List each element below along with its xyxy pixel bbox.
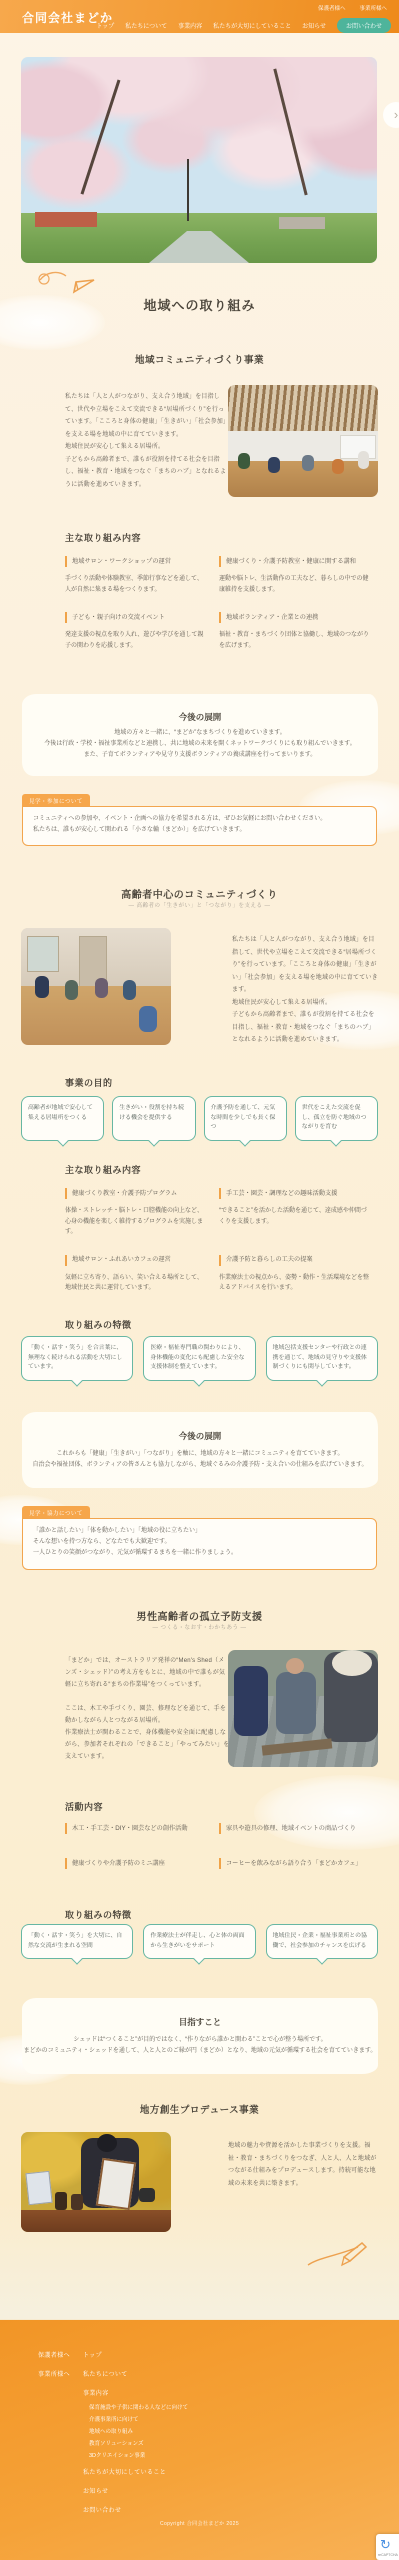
footer-link-businesses[interactable]: 事業所様へ: [38, 2369, 70, 2378]
activities-heading: 活動内容: [65, 1800, 103, 1813]
initiative-title: 子ども・親子向けの交流イベント: [65, 612, 205, 623]
activity-title: 家具や遊具の修理、地域イベントの商品づくり: [219, 1823, 371, 1834]
future-outlook-body: 地域の方々と一緒に、“まどか”なまちづくりを進めていきます。 今後は行政・学校・…: [22, 728, 378, 761]
senior-paragraph: 私たちは「人と人がつながり、支え合う地域」を目指して、世代や立場をこえて交流でき…: [232, 934, 378, 1047]
nav-top[interactable]: トップ: [96, 21, 114, 30]
photo-layer-person: [238, 453, 250, 469]
page: 合同会社まどか 保護者様へ 事業所様へ トップ 私たちについて 事業内容 私たち…: [0, 0, 399, 2560]
initiative-title: 地域ボランティア・企業との連携: [219, 612, 371, 623]
initiative-item: 手工芸・園芸・調理などの趣味活動支援 “できること”を活かした活動を通じて、達成…: [219, 1188, 371, 1238]
header-nav: トップ 私たちについて 事業内容 私たちが大切にしていること お知らせ お問い合…: [96, 18, 391, 33]
footer-link-news[interactable]: お知らせ: [83, 2486, 188, 2495]
senior-section-title: 高齢者中心のコミュニティづくり: [0, 886, 399, 901]
initiative-desc: 体操・ストレッチ・脳トレ・口腔機能の向上など、心身の機能を楽しく維持するプログラ…: [65, 1206, 205, 1238]
regional-photo-coffee-stand: [21, 2132, 171, 2232]
photo-layer-person: [332, 459, 344, 474]
initiative-item: 健康づくり・介護予防教室・健康に関する講和 運動や脳トレ、生活動作の工夫など、暮…: [219, 556, 371, 595]
initiative-item: 健康づくり教室・介護予防プログラム 体操・ストレッチ・脳トレ・口腔機能の向上など…: [65, 1188, 205, 1238]
feature-bubble: 「動く・話す・笑う」を大切に、自然な交流が生まれる空間: [21, 1924, 133, 1959]
initiative-item: 子ども・親子向けの交流イベント 発達支援の視点を取り入れ、遊びや学びを通して親子…: [65, 612, 205, 651]
photo-layer-person: [35, 976, 49, 998]
future-outlook-body: これからも「健康」「生きがい」「つながり」を軸に、地域の方々と一緒にコミュニティ…: [22, 1449, 378, 1471]
footer-sublink-education[interactable]: 教育ソリューションズ: [89, 2439, 188, 2447]
photo-layer-person: [95, 978, 108, 998]
feature-bubble: 地域包括支援センターや行政との連携を通じて、地域の見守りや支援体制づくりにも関与…: [266, 1336, 378, 1381]
initiatives2-heading: 主な取り組み内容: [65, 1163, 141, 1176]
features2-heading: 取り組みの特徴: [65, 1908, 132, 1921]
footer-link-services[interactable]: 事業内容: [83, 2388, 188, 2397]
activity-title: 健康づくりや介護予防のミニ講座: [65, 1858, 205, 1869]
initiative-title: 地域サロン・ふれあいカフェの運営: [65, 1255, 205, 1266]
link-businesses[interactable]: 事業所様へ: [359, 4, 387, 12]
initiative-desc: 運動や脳トレ、生活動作の工夫など、暮らしの中での健康維持を支援します。: [219, 574, 371, 595]
features1-heading: 取り組みの特徴: [65, 1318, 132, 1331]
footer-link-guardians[interactable]: 保護者様へ: [38, 2350, 70, 2359]
footer-link-values[interactable]: 私たちが大切にしていること: [83, 2467, 188, 2476]
recaptcha-icon: ↻: [380, 2537, 391, 2553]
photo-layer-head: [332, 1650, 372, 1676]
photo-layer-person: [139, 1006, 157, 1032]
nav-news[interactable]: お知らせ: [302, 21, 326, 30]
feature-bubble: 地域住民・企業・福祉事業所との協働で、社会参加のチャンスを広げる: [266, 1924, 378, 1959]
photo-layer-person: [123, 980, 136, 1000]
hero-photo-cherry-blossoms: [21, 57, 377, 263]
activity-title: 木工・手工芸・DIY・園芸などの創作活動: [65, 1823, 205, 1834]
initiative-desc: “できること”を活かした活動を通じて、達成感や仲間づくりを支援します。: [219, 1206, 371, 1227]
header-audience-links: 保護者様へ 事業所様へ: [318, 4, 387, 12]
footer-sublink-childcare[interactable]: 保育施設や子供に関わる人などに向けて: [89, 2403, 188, 2411]
regional-section-title: 地方創生プロデュース事業: [0, 2102, 399, 2116]
initiative-desc: 福祉・教育・まちづくり団体と協働し、地域のつながりを広げます。: [219, 630, 371, 651]
goal-body: シェッドは“つくること”が目的ではなく、“作りながら誰かと関わる”ことで心が整う…: [22, 2035, 378, 2057]
initiative-item: 地域サロン・ワークショップの運営 手づくり活動や体験教室、季節行事などを通して、…: [65, 556, 205, 595]
initiative-desc: 作業療法士の視点から、姿勢・動作・生活環境などを整えるアドバイスを行います。: [219, 1273, 371, 1294]
copyright: Copyright 合同会社まどか 2025: [0, 2520, 399, 2527]
initiative-item: 地域サロン・ふれあいカフェの運営 気軽に立ち寄り、語らい、笑い合える場所として、…: [65, 1255, 205, 1294]
purpose-bubble: 世代をこえた交流を促し、孤立を防ぐ地域のつながりを育む: [295, 1096, 378, 1141]
initiative-title: 介護予防と暮らしの工夫の提案: [219, 1255, 371, 1266]
photo-layer-person: [302, 455, 314, 471]
photo-layer-person: [65, 980, 78, 1000]
regional-paragraph: 地域の魅力や資源を活かした事業づくりを支援。福祉・教育・まちづくりをつなぎ、人と…: [228, 2140, 378, 2190]
feature-bubble: 「動く・話す・笑う」を合言葉に、無理なく続けられる活動を大切にしています。: [21, 1336, 133, 1381]
photo-layer-kettle: [139, 2188, 155, 2202]
callout-body: 「誰かと話したい」「体を動かしたい」「地域の役に立ちたい」 そんな想いを持つ方な…: [33, 1526, 237, 1559]
community-photo-classroom: [228, 385, 378, 497]
purpose-bubble: 生きがい・役割を持ち続ける機会を提供する: [112, 1096, 195, 1141]
chevron-right-icon: ›: [394, 107, 398, 122]
senior-photo-exercise: [21, 928, 171, 1045]
photo-layer-menu-board: [96, 2158, 136, 2210]
footer-sublink-3d[interactable]: 3Dクリエイション事業: [89, 2451, 188, 2459]
initiative-title: 地域サロン・ワークショップの運営: [65, 556, 205, 567]
footer-audience-links: 保護者様へ 事業所様へ: [38, 2350, 70, 2388]
footer-link-about[interactable]: 私たちについて: [83, 2369, 188, 2378]
page-title: 地域への取り組み: [0, 295, 399, 314]
nav-about[interactable]: 私たちについて: [125, 21, 167, 30]
purpose-bubble: 高齢者が地域で安心して集える居場所をつくる: [21, 1096, 104, 1141]
photo-layer-board: [25, 2171, 52, 2205]
photo-layer-table: [21, 2210, 171, 2232]
future-outlook-heading: 今後の展開: [22, 1430, 378, 1442]
carousel-next-button[interactable]: ›: [383, 102, 399, 128]
footer-nav: トップ 私たちについて 事業内容 保育施設や子供に関わる人などに向けて 介護事業…: [83, 2350, 188, 2524]
photo-layer-person: [234, 1666, 268, 1736]
goal-heading: 目指すこと: [22, 2016, 378, 2028]
initiative-title: 健康づくり・介護予防教室・健康に関する講和: [219, 556, 371, 567]
footer: 保護者様へ 事業所様へ トップ 私たちについて 事業内容 保育施設や子供に関わる…: [0, 2320, 399, 2560]
contact-button[interactable]: お問い合わせ: [337, 18, 391, 33]
initiative-title: 健康づくり教室・介護予防プログラム: [65, 1188, 205, 1199]
photo-layer-ceiling: [228, 385, 378, 431]
initiative-desc: 気軽に立ち寄り、語らい、笑い合える場所として、地域住民と共に運営しています。: [65, 1273, 205, 1294]
initiative-item: 介護予防と暮らしの工夫の提案 作業療法士の視点から、姿勢・動作・生活環境などを整…: [219, 1255, 371, 1294]
initiative-desc: 発達支援の視点を取り入れ、遊びや学びを通して親子の関わりを応援します。: [65, 630, 205, 651]
senior-section-subtitle: ― 高齢者の「生きがい」と「つながり」を支える ―: [0, 901, 399, 909]
future-outlook-card: 今後の展開 地域の方々と一緒に、“まどか”なまちづくりを進めていきます。 今後は…: [22, 694, 378, 776]
photo-layer-head: [286, 1658, 304, 1674]
initiative-title: 手工芸・園芸・調理などの趣味活動支援: [219, 1188, 371, 1199]
callout-body: コミュニティへの参加や、イベント・企画への協力を希望される方は、ぜひお気軽にお問…: [33, 814, 326, 836]
paper-plane-doodle-icon: [36, 262, 102, 298]
callout-box: コミュニティへの参加や、イベント・企画への協力を希望される方は、ぜひお気軽にお問…: [22, 806, 377, 846]
future-outlook-heading: 今後の展開: [22, 711, 378, 723]
recaptcha-badge[interactable]: ↻ reCAPTCHA: [376, 2534, 399, 2560]
mensshed-section-subtitle: ― つくる・なおす・わかちあう ―: [0, 1623, 399, 1631]
footer-link-top[interactable]: トップ: [83, 2350, 188, 2359]
nav-values[interactable]: 私たちが大切にしていること: [213, 21, 291, 30]
activity-title: コーヒーを飲みながら語り合う「まどかカフェ」: [219, 1858, 371, 1869]
header: 合同会社まどか 保護者様へ 事業所様へ トップ 私たちについて 事業内容 私たち…: [0, 0, 399, 33]
photo-layer-building: [279, 217, 325, 229]
purpose-bubble: 介護予防を通して、元気な時間を少しでも長く保つ: [204, 1096, 287, 1141]
initiatives1-heading: 主な取り組み内容: [65, 531, 141, 544]
community-section-title: 地域コミュニティづくり事業: [0, 352, 399, 366]
purpose-heading: 事業の目的: [65, 1076, 113, 1089]
pencil-doodle-icon: [300, 2235, 370, 2273]
future-outlook-card: 今後の展開 これからも「健康」「生きがい」「つながり」を軸に、地域の方々と一緒に…: [22, 1412, 378, 1488]
footer-link-contact[interactable]: お問い合わせ: [83, 2505, 188, 2514]
mensshed-photo-workshop: [228, 1650, 378, 1767]
link-guardians[interactable]: 保護者様へ: [318, 4, 346, 12]
callout-box: 「誰かと話したい」「体を動かしたい」「地域の役に立ちたい」 そんな想いを持つ方な…: [22, 1518, 377, 1570]
feature-bubble: 医療・福祉専門職の関わりにより、身体機能の変化にも配慮した安全な支援体制を整えて…: [143, 1336, 255, 1381]
goal-card: 目指すこと シェッドは“つくること”が目的ではなく、“作りながら誰かと関わる”こ…: [22, 1998, 378, 2074]
photo-layer-jar: [55, 2192, 67, 2210]
recaptcha-label: reCAPTCHA: [378, 2553, 398, 2557]
photo-layer-jar: [71, 2194, 83, 2210]
photo-layer-head: [97, 2134, 117, 2152]
mensshed-section-title: 男性高齢者の孤立予防支援: [0, 1608, 399, 1623]
mensshed-paragraph: 「まどか」では、オーストラリア発祥の“Men's Shed（メンズ・シェッド）”…: [65, 1655, 230, 1763]
initiative-item: 地域ボランティア・企業との連携 福祉・教育・まちづくり団体と協働し、地域のつなが…: [219, 612, 371, 651]
photo-layer-person: [276, 1672, 316, 1734]
photo-layer-person: [268, 457, 280, 473]
initiative-desc: 手づくり活動や体験教室、季節行事などを通して、人が自然に集まる場をつくります。: [65, 574, 205, 595]
photo-layer-person: [358, 451, 369, 469]
footer-sublink-community[interactable]: 地域への取り組み: [89, 2427, 188, 2435]
photo-layer-window: [27, 936, 59, 972]
photo-layer-building: [35, 212, 97, 227]
photo-layer-lamppost: [187, 159, 189, 221]
feature-bubble: 作業療法士が伴走し、心と体の両面から生きがいをサポート: [143, 1924, 255, 1959]
nav-services[interactable]: 事業内容: [178, 21, 202, 30]
footer-sublink-care[interactable]: 介護事業所に向けて: [89, 2415, 188, 2423]
community-paragraph: 私たちは「人と人がつながり、支え合う地域」を目指して、世代や立場をこえて交流でき…: [65, 391, 228, 491]
